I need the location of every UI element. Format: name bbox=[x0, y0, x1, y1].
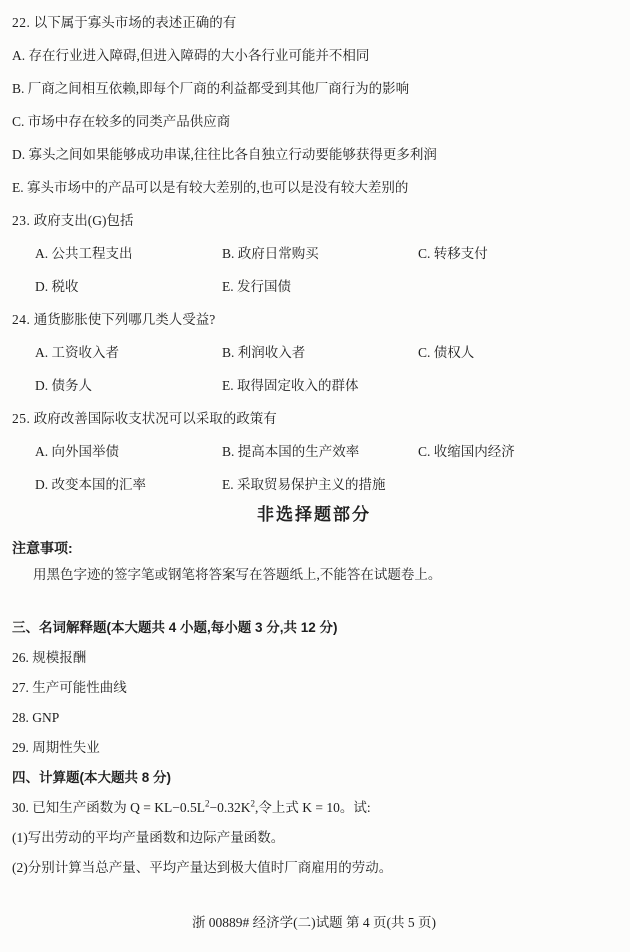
question-25-option-e: E. 采取贸易保护主义的措施 bbox=[222, 468, 418, 501]
question-23-option-c: C. 转移支付 bbox=[418, 237, 616, 270]
question-23-option-a: A. 公共工程支出 bbox=[35, 237, 222, 270]
question-26: 26. 规模报酬 bbox=[12, 643, 616, 673]
question-22-option-e: E. 寡头市场中的产品可以是有较大差别的,也可以是没有较大差别的 bbox=[12, 171, 616, 204]
question-25-option-b: B. 提高本国的生产效率 bbox=[222, 435, 418, 468]
question-23-option-e: E. 发行国债 bbox=[222, 270, 418, 303]
question-24-option-a: A. 工资收入者 bbox=[35, 336, 222, 369]
question-30-formula-mid: −0.32K bbox=[209, 800, 250, 815]
question-23-options-row1: A. 公共工程支出 B. 政府日常购买 C. 转移支付 bbox=[35, 237, 616, 270]
question-25-option-a: A. 向外国举债 bbox=[35, 435, 222, 468]
question-25-options-row2: D. 改变本国的汇率 E. 采取贸易保护主义的措施 bbox=[35, 468, 616, 501]
question-23-option-b: B. 政府日常购买 bbox=[222, 237, 418, 270]
question-24-option-c: C. 债权人 bbox=[418, 336, 616, 369]
question-22-option-d: D. 寡头之间如果能够成功串谋,往往比各自独立行动要能够获得更多利润 bbox=[12, 138, 616, 171]
question-24-text: 通货膨胀使下列哪几类人受益? bbox=[34, 312, 216, 327]
question-27: 27. 生产可能性曲线 bbox=[12, 673, 616, 703]
multiple-choice-section: 22. 以下属于寡头市场的表述正确的有 A. 存在行业进入障碍,但进入障碍的大小… bbox=[12, 6, 616, 501]
question-23-stem: 23. 政府支出(G)包括 bbox=[12, 204, 616, 237]
question-25-text: 政府改善国际收支状况可以采取的政策有 bbox=[34, 411, 277, 426]
definition-section: 三、名词解释题(本大题共 4 小题,每小题 3 分,共 12 分) 26. 规模… bbox=[12, 613, 616, 883]
question-25-options-row1: A. 向外国举债 B. 提高本国的生产效率 C. 收缩国内经济 bbox=[35, 435, 616, 468]
question-30-formula-suffix: ,令上式 K = 10。试: bbox=[255, 800, 371, 815]
question-25-stem: 25. 政府改善国际收支状况可以采取的政策有 bbox=[12, 402, 616, 435]
question-22-number: 22. bbox=[12, 15, 30, 30]
question-22-text: 以下属于寡头市场的表述正确的有 bbox=[34, 15, 237, 30]
question-25-option-c: C. 收缩国内经济 bbox=[418, 435, 616, 468]
question-30-part-1: (1)写出劳动的平均产量函数和边际产量函数。 bbox=[12, 823, 616, 853]
question-30-stem: 30. 已知生产函数为 Q = KL−0.5L2−0.32K2,令上式 K = … bbox=[12, 793, 616, 823]
question-29: 29. 周期性失业 bbox=[12, 733, 616, 763]
question-23-number: 23. bbox=[12, 213, 30, 228]
page-footer: 浙 00889# 经济学(二)试题 第 4 页(共 5 页) bbox=[12, 913, 616, 933]
question-23-option-d: D. 税收 bbox=[35, 270, 222, 303]
question-30-formula-prefix: 30. 已知生产函数为 Q = KL−0.5L bbox=[12, 800, 205, 815]
question-23-options-row2: D. 税收 E. 发行国债 bbox=[35, 270, 616, 303]
question-24-option-e: E. 取得固定收入的群体 bbox=[222, 369, 418, 402]
exam-page: 22. 以下属于寡头市场的表述正确的有 A. 存在行业进入障碍,但进入障碍的大小… bbox=[0, 0, 630, 952]
section-3-title: 三、名词解释题(本大题共 4 小题,每小题 3 分,共 12 分) bbox=[12, 613, 616, 643]
section-4-title: 四、计算题(本大题共 8 分) bbox=[12, 763, 616, 793]
question-25-option-d: D. 改变本国的汇率 bbox=[35, 468, 222, 501]
question-24-stem: 24. 通货膨胀使下列哪几类人受益? bbox=[12, 303, 616, 336]
question-22-stem: 22. 以下属于寡头市场的表述正确的有 bbox=[12, 6, 616, 39]
question-22-option-a: A. 存在行业进入障碍,但进入障碍的大小各行业可能并不相同 bbox=[12, 39, 616, 72]
notice-block: 注意事项: 用黑色字迹的签字笔或钢笔将答案写在答题纸上,不能答在试题卷上。 bbox=[12, 535, 616, 589]
question-24-options-row1: A. 工资收入者 B. 利润收入者 C. 债权人 bbox=[35, 336, 616, 369]
notice-body: 用黑色字迹的签字笔或钢笔将答案写在答题纸上,不能答在试题卷上。 bbox=[33, 561, 616, 589]
question-28: 28. GNP bbox=[12, 703, 616, 733]
question-22-option-c: C. 市场中存在较多的同类产品供应商 bbox=[12, 105, 616, 138]
section-header: 非选择题部分 bbox=[12, 503, 616, 527]
question-30-part-2: (2)分别计算当总产量、平均产量达到极大值时厂商雇用的劳动。 bbox=[12, 853, 616, 883]
question-22-option-b: B. 厂商之间相互依赖,即每个厂商的利益都受到其他厂商行为的影响 bbox=[12, 72, 616, 105]
question-24-options-row2: D. 债务人 E. 取得固定收入的群体 bbox=[35, 369, 616, 402]
question-23-text: 政府支出(G)包括 bbox=[34, 213, 134, 228]
question-24-option-d: D. 债务人 bbox=[35, 369, 222, 402]
notice-title: 注意事项: bbox=[12, 535, 616, 561]
question-24-option-b: B. 利润收入者 bbox=[222, 336, 418, 369]
question-25-number: 25. bbox=[12, 411, 30, 426]
question-24-number: 24. bbox=[12, 312, 30, 327]
